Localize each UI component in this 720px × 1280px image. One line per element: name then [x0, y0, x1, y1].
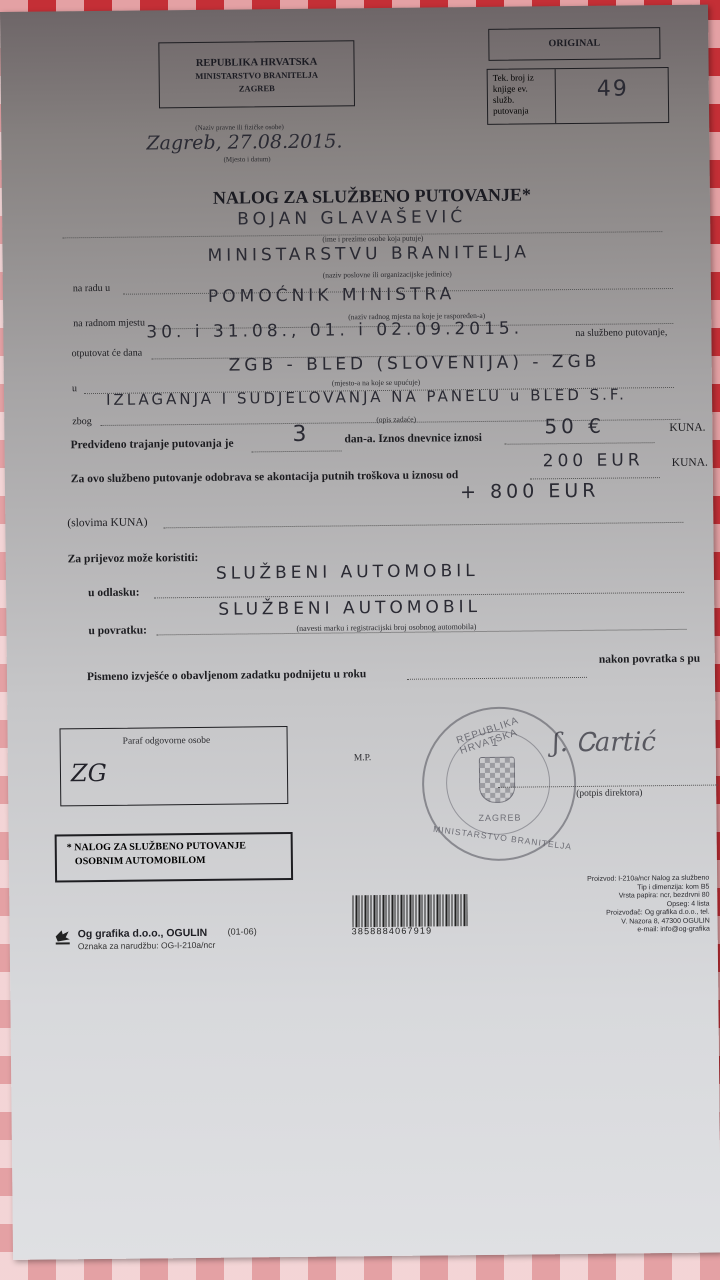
transport-outbound-label: u odlasku:	[88, 587, 140, 600]
transport-caption: (navesti marku i registracijski broj oso…	[296, 622, 476, 633]
traveler-name-value[interactable]: BOJAN GLAVAŠEVIĆ	[237, 207, 466, 229]
initials-label: Paraf odgovorne osobe	[123, 736, 211, 747]
report-deadline-field[interactable]	[407, 677, 587, 680]
issuer-box: REPUBLIKA HRVATSKA MINISTARSTVO BRANITEL…	[158, 40, 355, 108]
publisher-order-code: Oznaka za narudžbu: OG-I-210a/ncr	[78, 940, 216, 951]
transport-return-label: u povratku:	[88, 624, 147, 637]
publisher-logo-icon	[54, 927, 72, 945]
in-words-field[interactable]	[163, 522, 683, 528]
duration-value[interactable]: 3	[292, 422, 310, 447]
report-label: Pismeno izvješće o obavljenom zadatku po…	[87, 668, 366, 683]
registration-number-label: Tek. broj iz knjige ev. služb. putovanja	[488, 69, 557, 124]
transport-heading: Za prijevoz može koristiti:	[68, 552, 199, 565]
footnote-box: * NALOG ZA SLUŽBENO PUTOVANJE OSOBNIM AU…	[55, 832, 293, 882]
in-words-label: (slovima KUNA)	[67, 516, 147, 529]
issuer-line3: ZAGREB	[160, 81, 354, 96]
mp-label: M.P.	[354, 753, 372, 763]
stamp-number: 1	[492, 737, 499, 749]
director-signature-caption: (potpis direktora)	[576, 788, 642, 799]
publisher-name: Og grafika d.o.o., OGULIN	[78, 927, 208, 940]
product-info-line7: e-mail: info@og-grafika	[588, 926, 710, 936]
stamp-city: ZAGREB	[478, 813, 521, 823]
destination-caption: (mjesto-a na koje se upućuje)	[332, 378, 420, 388]
departure-suffix: na službeno putovanje,	[575, 327, 667, 339]
advance-extra-value[interactable]: + 800 EUR	[460, 480, 600, 503]
initials-signature[interactable]: ZG	[71, 759, 107, 787]
product-info: Proizvod: I-210a/ncr Nalog za službeno T…	[587, 875, 710, 936]
per-diem-currency: KUNA.	[669, 422, 705, 434]
per-diem-value[interactable]: 50 €	[544, 414, 605, 439]
barcode-number: 3858884067919	[352, 926, 433, 937]
place-date-value: Zagreb, 27.08.2015.	[146, 130, 342, 154]
workplace-value[interactable]: MINISTARSTVU BRANITELJA	[207, 242, 530, 265]
footnote-line1: * NALOG ZA SLUŽBENO PUTOVANJE	[67, 840, 246, 853]
advance-value[interactable]: 200 EUR	[543, 450, 644, 471]
destination-value[interactable]: ZGB - BLED (SLOVENIJA) - ZGB	[229, 352, 601, 376]
purpose-label: zbog	[72, 416, 92, 427]
publisher-edition: (01-06)	[228, 926, 257, 936]
purpose-value[interactable]: IZLAGANJA I SUDJELOVANJA NA PANELU u BLE…	[106, 385, 627, 408]
director-signature[interactable]: ʃ. Ꮯartić	[553, 727, 657, 759]
destination-label: u	[72, 383, 77, 394]
coat-of-arms-icon	[479, 757, 515, 803]
barcode	[352, 894, 467, 927]
departure-label: otputovat će dana	[72, 348, 143, 360]
traveler-caption: (ime i prezime osobe koja putuje)	[322, 234, 423, 244]
position-value[interactable]: POMOĆNIK MINISTRA	[208, 284, 455, 307]
report-suffix: nakon povratka s pu	[599, 653, 700, 666]
initials-box: Paraf odgovorne osobe ZG	[60, 726, 289, 806]
per-diem-label: dan-a. Iznos dnevnice iznosi	[344, 432, 482, 445]
purpose-caption: (opis zadaće)	[376, 415, 416, 424]
workplace-caption: (naziv poslovne ili organizacijske jedin…	[323, 269, 452, 279]
workplace-label: na radu u	[73, 283, 110, 294]
advance-currency: KUNA.	[672, 457, 708, 469]
travel-order-form: REPUBLIKA HRVATSKA MINISTARSTVO BRANITEL…	[0, 5, 720, 1260]
place-date-caption: (Mjesto i datum)	[224, 155, 271, 163]
departure-dates-value[interactable]: 30. i 31.08., 01. i 02.09.2015.	[146, 319, 523, 343]
original-box: ORIGINAL	[488, 27, 660, 61]
document-title: NALOG ZA SLUŽBENO PUTOVANJE*	[152, 184, 592, 210]
advance-label: Za ovo službeno putovanje odobrava se ak…	[71, 469, 458, 485]
duration-label: Predviđeno trajanje putovanja je	[70, 438, 233, 452]
footnote-line2: OSOBNIM AUTOMOBILOM	[75, 855, 206, 867]
registration-number-box: Tek. broj iz knjige ev. služb. putovanja…	[487, 67, 670, 125]
transport-outbound-value[interactable]: SLUŽBENI AUTOMOBIL	[216, 561, 479, 584]
transport-return-value[interactable]: SLUŽBENI AUTOMOBIL	[218, 597, 481, 620]
registration-number-value: 49	[558, 76, 668, 102]
position-label: na radnom mjestu	[73, 317, 145, 329]
